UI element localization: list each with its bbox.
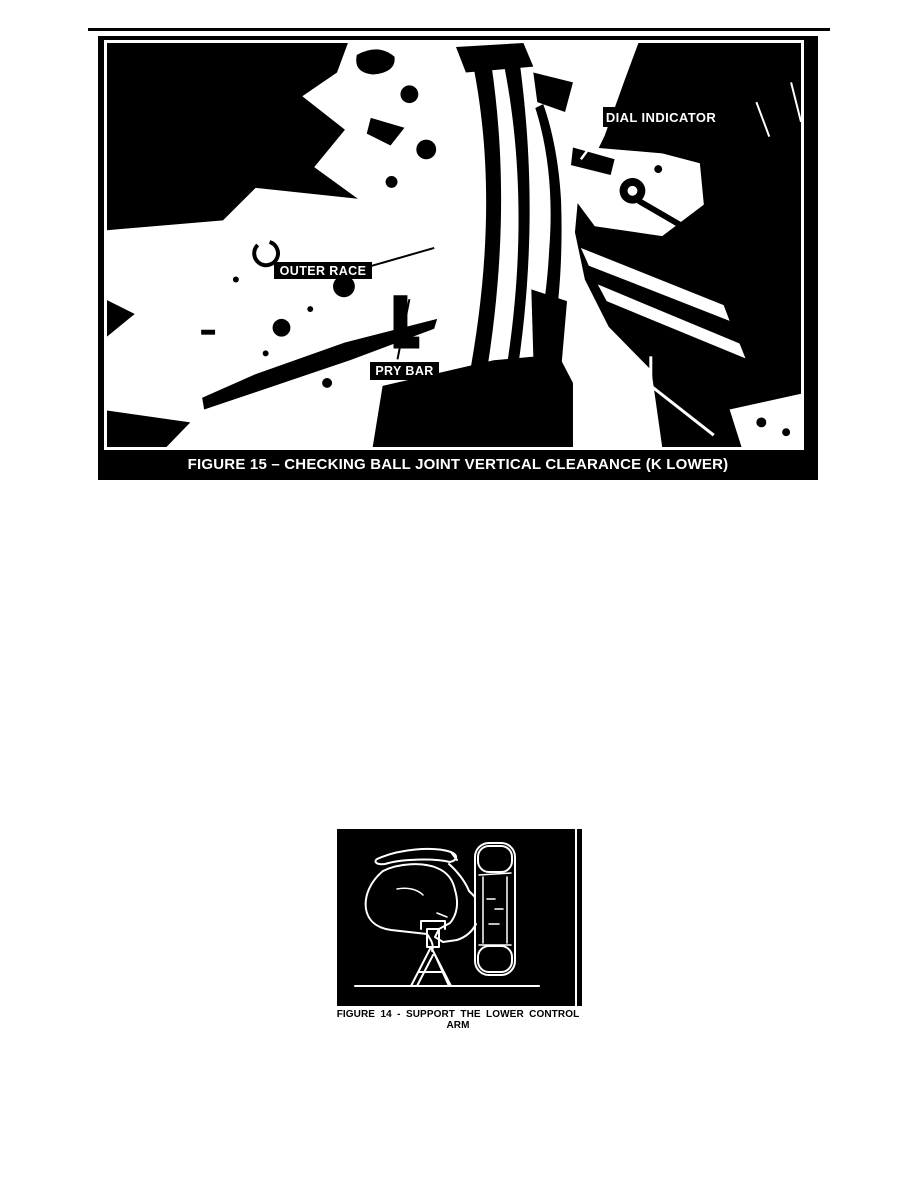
figure-15-caption: FIGURE 15 – CHECKING BALL JOINT VERTICAL… xyxy=(98,456,818,473)
figure-14-support-lower-control-arm xyxy=(337,829,575,1006)
outer-race-label: OUTER RACE xyxy=(274,262,372,279)
figure-15-ball-joint-clearance: DIAL INDICATOR OUTER RACE PRY BAR FIGURE… xyxy=(98,36,818,480)
figure-14-right-rule xyxy=(577,829,582,1006)
page-top-rule xyxy=(88,28,830,31)
figure-15-photo xyxy=(104,40,804,450)
figure-15-photo-art xyxy=(107,43,801,447)
pry-bar-label: PRY BAR xyxy=(370,362,439,380)
figure-14-line-art xyxy=(337,829,575,1006)
dial-indicator-label: DIAL INDICATOR xyxy=(603,107,719,127)
figure-14-caption: FIGURE 14 - SUPPORT THE LOWER CONTROL AR… xyxy=(330,1009,586,1031)
scanned-manual-page: { "page": { "type": "service-manual-scan… xyxy=(0,0,918,1188)
